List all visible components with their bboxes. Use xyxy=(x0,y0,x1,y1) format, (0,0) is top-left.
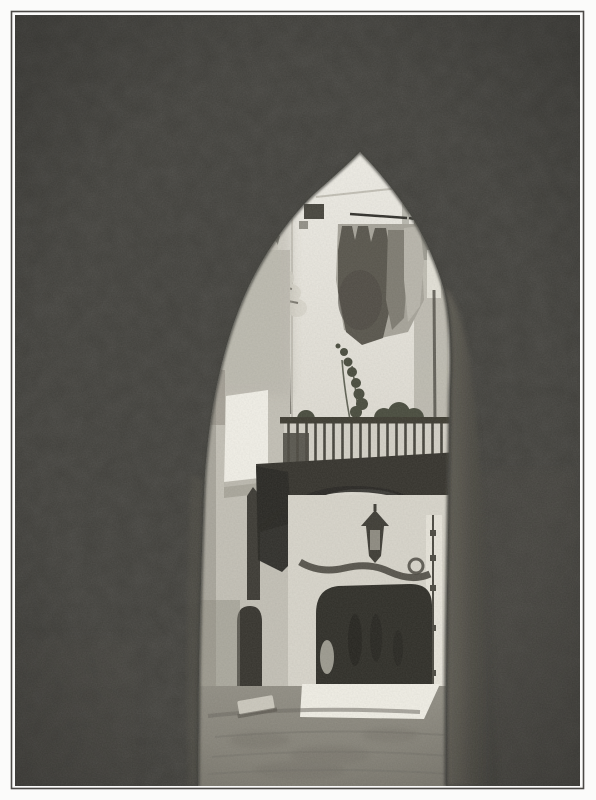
book-plate-page: Black-and-white halftone photograph of a… xyxy=(0,0,596,800)
photo-area xyxy=(15,15,580,790)
alley-photograph: Black-and-white halftone photograph of a… xyxy=(0,0,596,800)
halftone-photo-canvas xyxy=(0,0,596,800)
vignette-overlay xyxy=(15,15,580,786)
